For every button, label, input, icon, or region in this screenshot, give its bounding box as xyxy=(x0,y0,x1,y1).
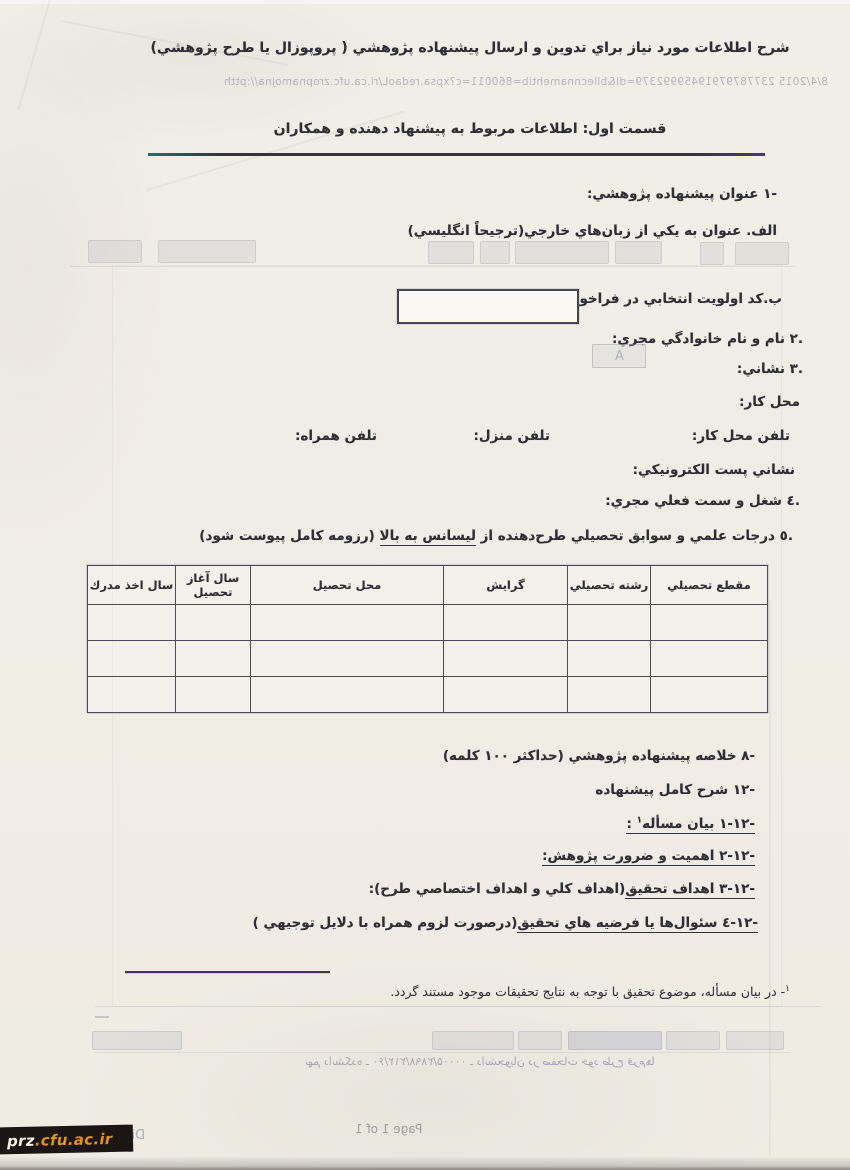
priority-code-box xyxy=(397,289,579,324)
item-number: ۱- xyxy=(763,186,777,202)
ghost-tab xyxy=(158,240,256,263)
section-summary: ۸- خلاصه پيشنهاده پژوهشي (حداكثر ۱۰۰ كلم… xyxy=(443,748,755,764)
scanned-form-page: شرح اطلاعات مورد نياز براي تدوين و ارسال… xyxy=(0,0,850,1170)
field-phone-home: تلفن منزل: xyxy=(473,428,550,444)
ghost-tab xyxy=(518,1031,562,1050)
ghost-dash xyxy=(95,1016,109,1018)
ghost-tab xyxy=(480,241,510,264)
col-specialization: گرايش xyxy=(444,566,568,605)
ghost-tab xyxy=(726,1031,784,1050)
ghost-tab xyxy=(700,242,724,265)
field-priority-code-label: ب.كد اولويت انتخابي در فراخوان: xyxy=(558,291,782,307)
scan-bottom-edge xyxy=(0,1157,850,1170)
ghost-tab xyxy=(666,1031,720,1050)
field-work-place: محل كار: xyxy=(739,394,800,410)
table-header-row: مقطع تحصيلي رشته تحصيلي گرايش محل تحصيل … xyxy=(88,566,768,605)
item-number: ۳. xyxy=(790,361,803,377)
ghost-tab xyxy=(432,1031,514,1050)
footnote-text: ۱- در بيان مسأله، موضوع تحقيق با توجه به… xyxy=(390,984,790,999)
field-foreign-title: الف. عنوان به يكي از زبان‌هاي خارجي(ترجي… xyxy=(408,223,777,239)
section-full-description: ۱۲- شرح كامل پيشنهاده xyxy=(595,782,755,798)
item-number: ٤. xyxy=(787,493,800,509)
watermark-prefix: prz xyxy=(7,1131,35,1150)
ghost-button xyxy=(568,1031,662,1050)
mirrored-page-number: Page 1 of 1 xyxy=(355,1122,422,1136)
col-start-year: سال آغاز تحصيل xyxy=(176,566,251,605)
ghost-nav-box: A xyxy=(592,344,646,368)
col-degree-year: سال اخذ مدرك xyxy=(88,566,176,605)
section-one-header: قسمت اول: اطلاعات مربوط به پيشنهاد دهنده… xyxy=(130,121,810,137)
education-table: مقطع تحصيلي رشته تحصيلي گرايش محل تحصيل … xyxy=(87,565,768,713)
field-phone-mobile: تلفن همراه: xyxy=(295,428,377,444)
item-number: ۱-۱۲- xyxy=(719,816,755,832)
field-academic-degrees: ٥. درجات علمي و سوابق تحصيلي طرح‌دهنده ا… xyxy=(199,528,793,544)
table-row xyxy=(88,677,768,713)
underlined-phrase: ليسانس به بالا xyxy=(380,528,476,546)
field-proposal-title: ۱- عنوان پيشنهاده پژوهشي: xyxy=(587,186,777,202)
item-number: ۲. xyxy=(790,331,803,347)
form-title: شرح اطلاعات مورد نياز براي تدوين و ارسال… xyxy=(130,40,810,56)
ghost-tab xyxy=(428,241,474,264)
table-row xyxy=(88,641,768,677)
paper-crease xyxy=(17,0,52,110)
item-number: ۸- xyxy=(741,748,755,764)
field-address: ۳. نشاني: xyxy=(737,361,803,377)
bleed-through-footer-text: نهم دانشكده ـ ۰۰۰۰۵/۲۸۹۸/۲۱۲/۶۰ ـ دانشجو… xyxy=(305,1055,710,1068)
item-number: ۲-۱۲- xyxy=(719,848,755,864)
watermark-suffix: .cfu.ac.ir xyxy=(35,1130,113,1150)
item-number: ۱۲- xyxy=(733,782,755,798)
ghost-divider xyxy=(70,266,795,267)
header-divider-rule xyxy=(148,153,765,156)
ghost-divider xyxy=(95,1006,820,1007)
table-row xyxy=(88,605,768,641)
section-questions-hypotheses: ٤-۱۲- سئوال‌ها يا فرضيه هاي تحقيق(درصورت… xyxy=(253,915,758,931)
scan-top-edge xyxy=(0,0,850,4)
ghost-letter: A xyxy=(615,349,624,364)
field-phone-work: تلفن محل كار: xyxy=(692,428,790,444)
field-current-job: ٤. شغل و سمت فعلي مجري: xyxy=(605,493,800,509)
ghost-tab xyxy=(735,242,789,265)
ghost-tab xyxy=(515,241,609,264)
col-field-of-study: رشته تحصيلي xyxy=(568,566,651,605)
field-email: نشاني پست الكترونيكي: xyxy=(633,462,795,478)
bleed-through-url-text: 8/4/2015 23778797919459992379=dI&bllecnn… xyxy=(55,76,828,88)
col-degree-level: مقطع تحصيلي xyxy=(651,566,768,605)
section-importance: ۲-۱۲- اهميت و ضرورت پژوهش: xyxy=(542,848,755,864)
item-number: ۳-۱۲- xyxy=(719,881,755,897)
ghost-divider xyxy=(95,1052,790,1053)
section-problem-statement: ۱-۱۲- بيان مسأله۱ : xyxy=(626,815,755,832)
footnote-number: ۱ xyxy=(785,984,790,994)
item-number: ٥. xyxy=(780,528,793,544)
ghost-tab xyxy=(92,1031,182,1050)
ghost-tab xyxy=(615,241,662,264)
site-watermark: prz.cfu.ac.ir xyxy=(0,1125,133,1155)
footnote-rule xyxy=(125,971,330,973)
section-objectives: ۳-۱۲- اهداف تحقيق(اهداف كلي و اهداف اختص… xyxy=(369,881,755,897)
ghost-tab xyxy=(88,240,142,263)
col-study-place: محل تحصيل xyxy=(251,566,444,605)
item-number: ٤-۱۲- xyxy=(722,915,758,931)
